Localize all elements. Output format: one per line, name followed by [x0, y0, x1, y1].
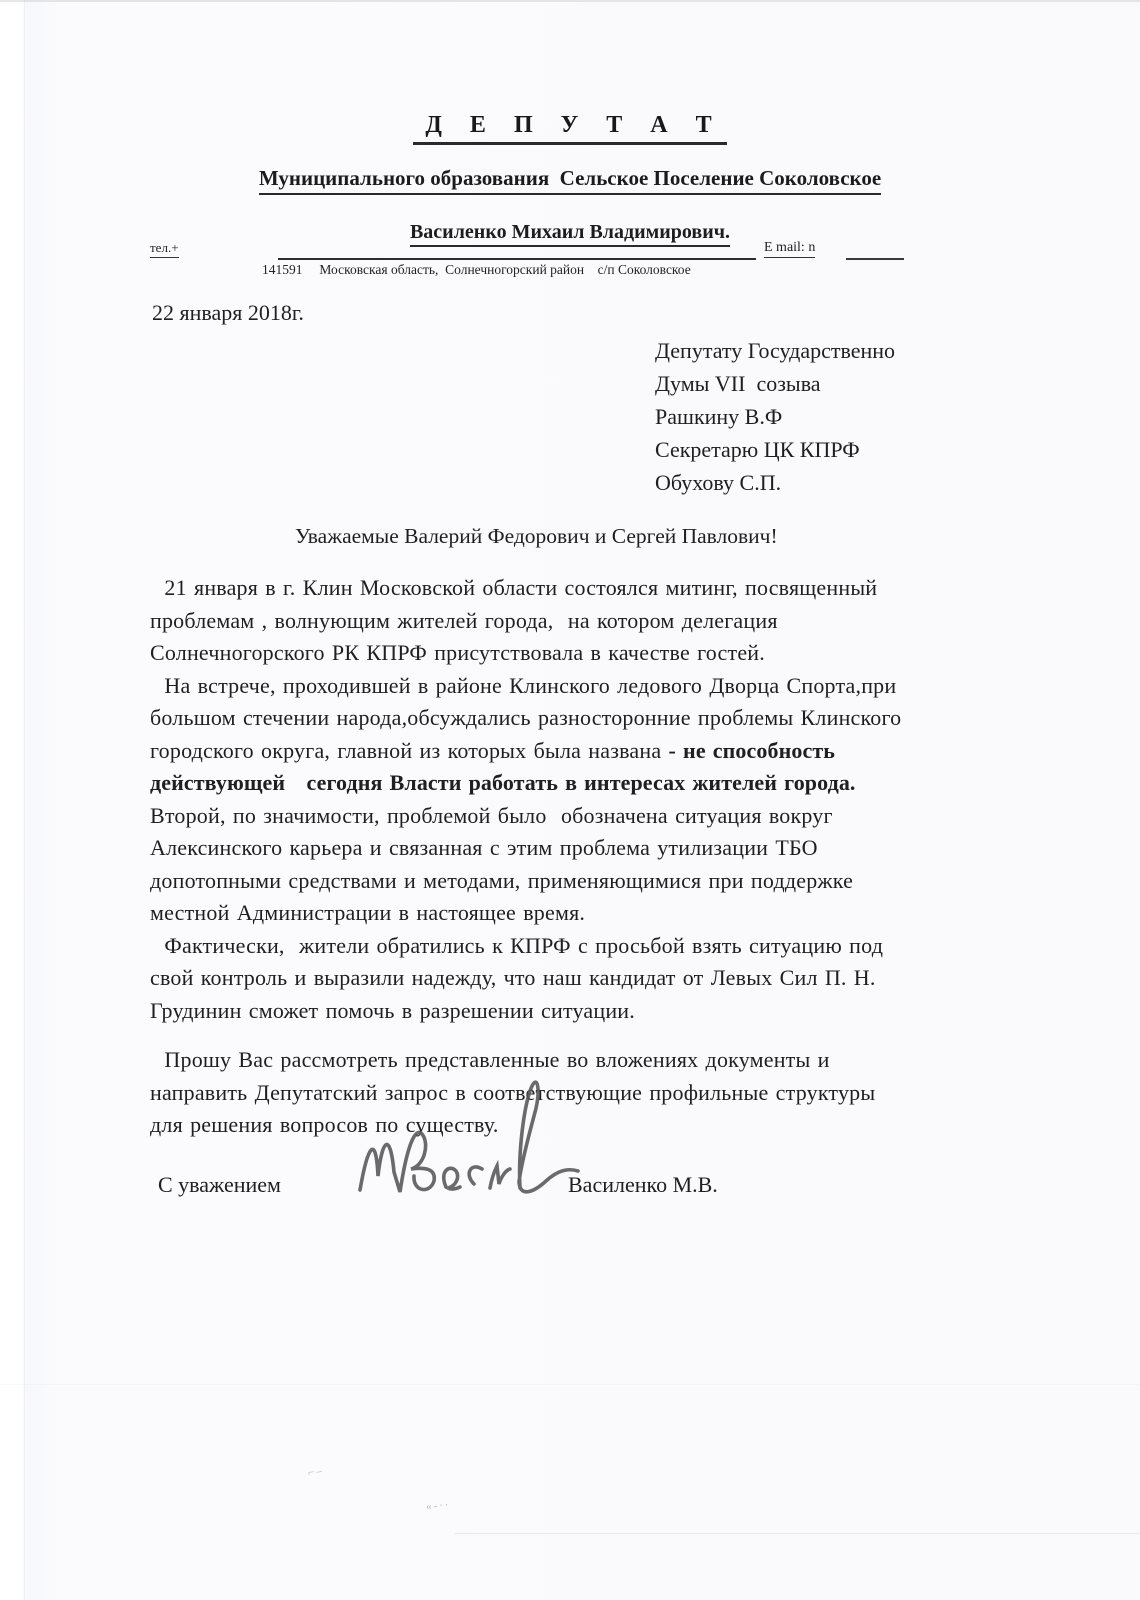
body-line: действующей сегодня Власти работать в ин… [150, 767, 901, 800]
body-line: свой контроль и выразили надежду, что на… [150, 962, 901, 995]
email-blank-line [846, 258, 904, 260]
email-label: E mail: n [764, 240, 815, 258]
body-line: городского округа, главной из которых бы… [150, 735, 901, 768]
phone-blank-line [278, 258, 756, 260]
municipality-subtitle: Муниципального образования Сельское Посе… [0, 166, 1140, 195]
body-line: Грудинин сможет помочь в разрешении ситу… [150, 995, 901, 1028]
page-title: Д Е П У Т А Т [0, 112, 1140, 145]
body-line: Фактически, жители обратились к КПРФ с п… [150, 930, 901, 963]
body-line: На встрече, проходившей в районе Клинско… [150, 670, 901, 703]
recipient-block: Депутату ГосударственноДумы VII созываРа… [655, 334, 895, 499]
phone-label: тел.+ [150, 240, 179, 258]
scan-artifact-mark: «-·· [426, 1499, 451, 1513]
scan-artifact-line [455, 1533, 1140, 1534]
recipient-line: Депутату Государственно [655, 334, 895, 367]
body-line: 21 января в г. Клин Московской области с… [150, 572, 901, 605]
body-line: Второй, по значимости, проблемой было об… [150, 800, 901, 833]
body-line: местной Администрации в настоящее время. [150, 897, 901, 930]
scan-artifact-mark: ⌐– [307, 1465, 324, 1479]
letter-body: 21 января в г. Клин Московской области с… [150, 572, 901, 1142]
body-paragraph: 21 января в г. Клин Московской области с… [150, 572, 901, 670]
body-line: Алексинского карьера и связанная с этим … [150, 832, 901, 865]
postal-address-line: 141591 Московская область, Солнечногорск… [262, 262, 691, 278]
recipient-line: Обухову С.П. [655, 466, 895, 499]
body-line: проблемам , волнующим жителей города, на… [150, 605, 901, 638]
recipient-line: Думы VII созыва [655, 367, 895, 400]
body-line: большом стечении народа,обсуждались разн… [150, 702, 901, 735]
letter-date: 22 января 2018г. [152, 300, 304, 326]
signature-printed-name: Василенко М.В. [568, 1172, 718, 1198]
body-paragraph: На встрече, проходившей в районе Клинско… [150, 670, 901, 930]
body-line: Солнечногорского РК КПРФ присутствовала … [150, 637, 901, 670]
body-paragraph: Фактически, жители обратились к КПРФ с п… [150, 930, 901, 1028]
handwritten-signature [348, 1068, 580, 1234]
closing-phrase: С уважением [158, 1172, 281, 1198]
recipient-line: Секретарю ЦК КПРФ [655, 433, 895, 466]
recipient-line: Рашкину В.Ф [655, 400, 895, 433]
salutation: Уважаемые Валерий Федорович и Сергей Пав… [295, 524, 778, 549]
scan-artifact-band [0, 1384, 1140, 1385]
body-line: допотопными средствами и методами, приме… [150, 865, 901, 898]
